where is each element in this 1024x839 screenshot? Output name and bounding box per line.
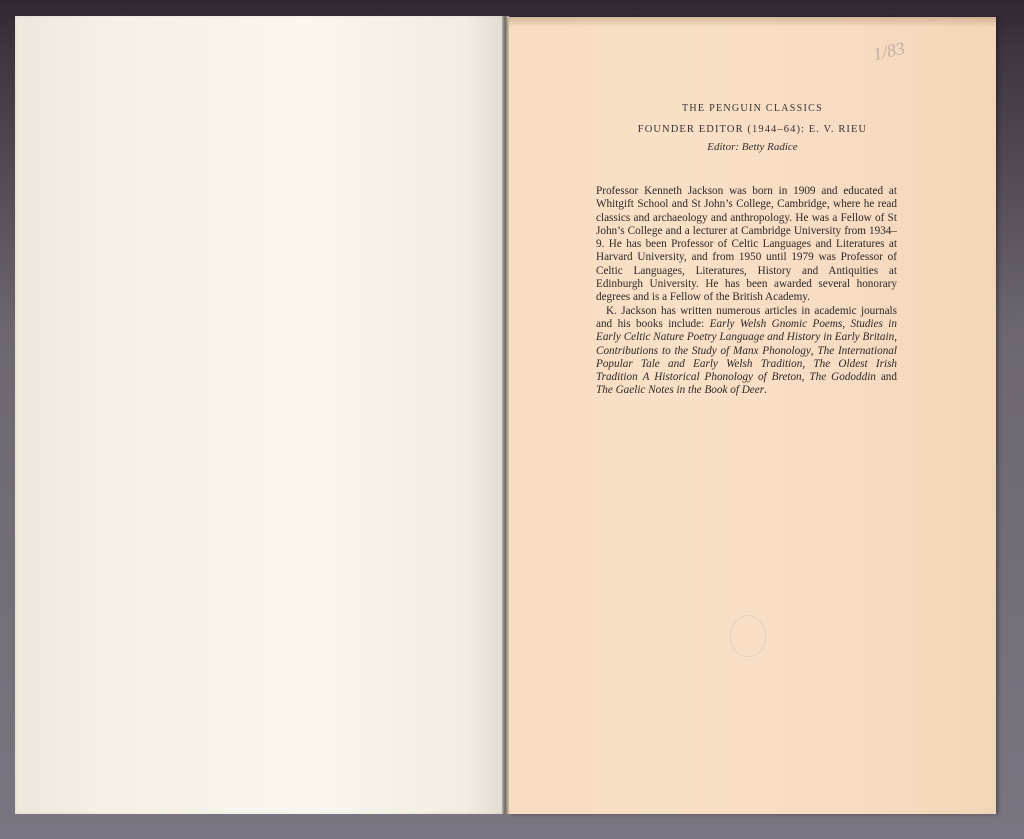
book-title: The Gaelic Notes in the Book of Deer [596, 384, 764, 396]
founder-editor-line: FOUNDER EDITOR (1944–64): E. V. RIEU [509, 124, 996, 135]
book-title: Early Welsh Gnomic Poems [710, 318, 843, 330]
bio-paragraph-2: K. Jackson has written numerous articles… [596, 305, 897, 398]
author-biography: Professor Kenneth Jackson was born in 19… [596, 185, 897, 398]
editor-line: Editor: Betty Radice [509, 141, 996, 153]
book-title: The Gododdin [809, 371, 875, 383]
series-title: THE PENGUIN CLASSICS [509, 103, 996, 114]
book-gutter [502, 16, 509, 814]
book-title: A Historical Phonology of Breton [643, 371, 802, 383]
faint-watermark [730, 615, 766, 657]
pencil-annotation: 1/83 [871, 38, 907, 65]
book-title: Contributions to the Study of Manx Phono… [596, 345, 811, 357]
bio-paragraph-1: Professor Kenneth Jackson was born in 19… [596, 185, 897, 305]
book-title: Language and History in Early Britain [720, 331, 895, 343]
right-page: 1/83 THE PENGUIN CLASSICS FOUNDER EDITOR… [509, 17, 996, 814]
left-page-blank [15, 16, 505, 814]
